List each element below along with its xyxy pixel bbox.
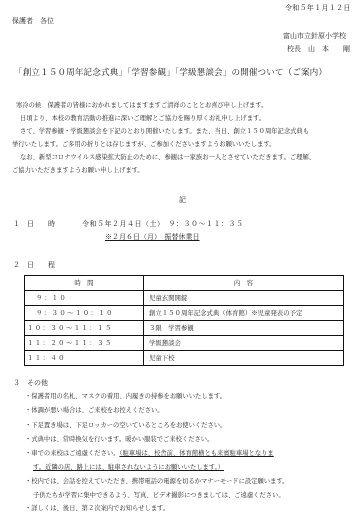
row-content: ３限 学習参観 xyxy=(144,321,344,336)
list-item: ・校内では、会話を控えていただき、携帯電話の電源を切るかマナーモードに設定願いま… xyxy=(25,479,288,485)
row-time: ９：３０～１０：１０ xyxy=(25,306,144,321)
table-row: ９：１０ 児童玄関開錠 xyxy=(25,291,344,306)
parking-request: ・車での来校はご遠慮ください。 xyxy=(25,450,119,457)
parking-note-continued: す。近隣の店、路上には、駐車されないようにお願いいたします。） xyxy=(33,465,224,471)
schedule-table: 時 間 内 容 ９：１０ 児童玄関開錠 ９：３０～１０：１０ 創立１５０周年記念… xyxy=(24,275,344,366)
table-row: １１：２０～１１：３５ 学級懇談会 xyxy=(25,336,344,351)
principal-name: 校長 山 本 剛 xyxy=(287,46,350,53)
document-date: 令和５年１月１２日 xyxy=(285,5,351,12)
body-paragraph: ご協力いただきますようお願い申し上げます。 xyxy=(12,168,144,174)
section-1-label: １ 日 時 xyxy=(13,221,55,228)
list-item-parking: ・車での来校はご遠慮ください。（駐車場は、校舎前、体育館横とも来賓駐車場となりま xyxy=(25,451,274,457)
table-header-row: 時 間 内 容 xyxy=(25,276,344,291)
row-time: ９：１０ xyxy=(25,291,144,306)
row-time: １１：４０ xyxy=(25,351,144,366)
list-item: ・体調が悪い場合は、ご来校をお控えください。 xyxy=(25,408,164,414)
list-item: ・保護者用の名札、マスクの着用、内履きの持参をお願いいたします。 xyxy=(25,394,226,400)
row-time: １０：３０～１１：１５ xyxy=(25,321,144,336)
list-item: ・式典中は、常時換気を行います。暖かい服装でご来校ください。 xyxy=(25,437,213,443)
body-paragraph: さて、学習参観・学級懇談会を下記のとおり開催いたします。また、当日、創立１５０周… xyxy=(20,129,309,135)
body-paragraph: なお、新型コロナウイルス感染拡大防止のために、参観は一家族お一人とさせていただき… xyxy=(20,155,315,161)
table-row: １１：４０ 児童下校 xyxy=(25,351,344,366)
document-title: 「創立１５０周年記念式典」「学習参観」「学級懇談会」の開催ついて（ご案内） xyxy=(14,69,327,78)
event-datetime: 令和５年２月４日（土） ９：３０～１１：３５ xyxy=(82,221,244,228)
row-time: １１：２０～１１：３５ xyxy=(25,336,144,351)
table-row: ９：３０～１０：１０ 創立１５０周年記念式典（体育館）※児童発表の予定 xyxy=(25,306,344,321)
table-row: １０：３０～１１：１５ ３限 学習参観 xyxy=(25,321,344,336)
body-paragraph: 日頃より、本校の教育活動の推進に深いご理解とご協力を賜り厚くお礼申し上げます。 xyxy=(20,116,265,122)
recipient: 保護者 各位 xyxy=(12,18,54,25)
body-paragraph: 挙行いたします。ご多用の折りとは存じますが、ご参加くださいますようお願いいたしま… xyxy=(12,142,275,148)
row-content: 創立１５０周年記念式典（体育館）※児童発表の予定 xyxy=(144,306,344,321)
header-content: 内 容 xyxy=(144,276,344,291)
body-paragraph: 寒冷の候 保護者の皆様におかれましてはますますご清祥のこととお喜び申し上げます。 xyxy=(16,103,267,109)
list-item: ・詳しくは、後日、第２次案内でお知らせします。 xyxy=(25,506,169,512)
header-time: 時 間 xyxy=(25,276,144,291)
school-name: 富山市立針原小学校 xyxy=(283,33,346,40)
row-content: 児童玄関開錠 xyxy=(144,291,344,306)
list-item: ・下足置き場は、下足ロッカーの空いているところをお使いください。 xyxy=(25,423,226,429)
row-content: 児童下校 xyxy=(144,351,344,366)
ki-heading: 記 xyxy=(179,197,186,204)
row-content: 学級懇談会 xyxy=(144,336,344,351)
parking-note: （駐車場は、校舎前、体育館横とも来賓駐車場となりま xyxy=(119,450,273,457)
section-3-label: ３ その他 xyxy=(13,380,48,387)
substitute-holiday-note: ※２月６日（月） 振替休業日 xyxy=(105,234,200,241)
list-item-continued: 子供たちが学習に集中できるよう、写真、ビデオ撮影につきましては、ご遠慮ください。 xyxy=(33,493,285,499)
section-2-label: ２ 日 程 xyxy=(13,262,55,269)
